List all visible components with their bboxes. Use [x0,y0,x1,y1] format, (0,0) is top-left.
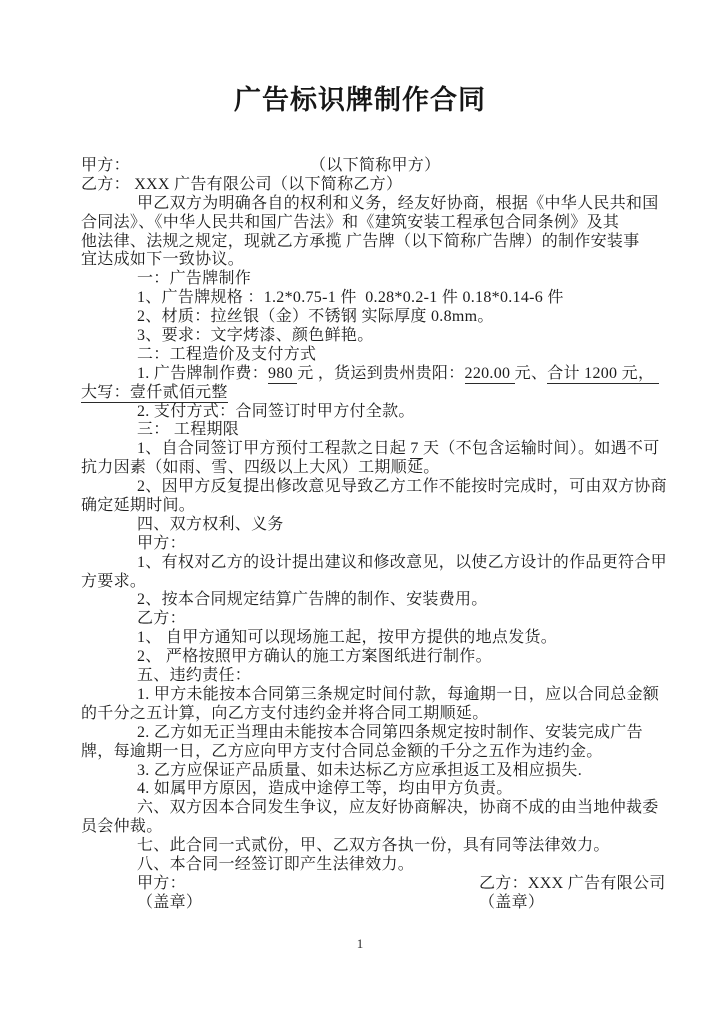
text-run: 合同法》、《中华人民共和国广告法》和《建筑安装工程承包合同条例》及其 [81,214,619,231]
text-line: 3、要求：文字烤漆、颜色鲜艳。 [81,327,640,346]
text-line: 1、广告牌规格 ：1.2*0.75-1 件 0.28*0.2-1 件 0.18*… [81,289,640,308]
text-run: 二：工程造价及支付方式 [137,346,316,363]
text-run: 2、 严格按照甲方确认的施工方案图纸进行制作。 [137,648,492,665]
text-line: 2. 乙方如无正当理由未能按本合同第四条规定按时制作、安装完成广告 [81,724,640,743]
text-line: （盖章）（盖章） [81,894,640,913]
text-line: 甲方：（以下简称甲方） [81,157,640,176]
text-line: 五、违约责任： [81,667,640,686]
text-run: 4. 如属甲方原因，造成中途停工等，均由甲方负责。 [137,780,513,797]
text-line: 二：工程造价及支付方式 [81,346,640,365]
text-line: 大写：壹仟贰佰元整 [81,384,640,403]
text-line: 他法律、法规之规定，现就乙方承揽 广告牌（以下简称广告牌）的制作安装事 [81,233,640,252]
text-line: 乙方： XXX 广告有限公司（以下简称乙方） [81,176,640,195]
text-run: 2、因甲方反复提出修改意见导致乙方工作不能按时完成时，可由双方协商 [137,478,667,495]
text-run: 四、双方权利、义务 [137,516,284,533]
text-line: 1、有权对乙方的设计提出建议和修改意见，以使乙方设计的作品更符合甲 [81,554,640,573]
text-run: 三： 工程期限 [137,421,239,438]
text-run: 1、自合同签订甲方预付工程款之日起 [137,440,410,457]
text-line: 1. 甲方未能按本合同第三条规定时间付款，每逾期一日，应以合同总金额 [81,686,640,705]
text-line: 确定延期时间。 [81,497,640,516]
text-run: 方要求。 [81,573,146,590]
text-run: 1. 广告牌制作费： [137,365,268,382]
text-line: 七、此合同一式贰份，甲、乙双方各执一份，具有同等法律效力。 [81,837,640,856]
text-run: 2. 支付方式：合同签订时甲方付全款。 [137,403,415,420]
text-line: 方要求。 [81,573,640,592]
text-line: 六、双方因本合同发生争议，应友好协商解决，协商不成的由当地仲裁委 [81,799,640,818]
text-run: 乙方：XXX 广告有限公司 [423,875,666,894]
text-run: 大写：壹仟贰佰元整 [81,384,228,403]
text-run: （以下简称甲方） [310,157,440,176]
text-line: 2、材质：拉丝银（金）不锈钢 实际厚度 0.8mm。 [81,308,640,327]
text-run: 五、违约责任： [137,667,251,684]
text-run: 乙方： [137,610,186,627]
text-run: 甲方： [137,875,186,892]
text-line: 三： 工程期限 [81,421,640,440]
page-title: 广告标识牌制作合同 [0,0,720,116]
text-run: 2、按本合同规定结算广告牌的制作、安装费用。 [137,591,488,608]
text-line: 甲乙双方为明确各自的权利和义务，经友好协商，根据《中华人民共和国 [81,195,640,214]
text-line: 2、 严格按照甲方确认的施工方案图纸进行制作。 [81,648,640,667]
text-run: 1、广告牌规格 ：1.2*0.75-1 件 0.28*0.2-1 件 0.18*… [137,289,564,306]
text-run: 乙方： XXX 广告有限公司（以下简称乙方） [81,176,402,193]
text-run: 合计 1200 元， [547,365,658,384]
text-run: 他法律、法规之规定，现就乙方承揽 广告牌（以下简称广告牌）的制作安装事 [81,233,640,250]
text-line: 员会仲裁。 [81,818,640,837]
text-run: 宜达成如下一致协议。 [81,251,244,268]
text-run: 甲乙双方为明确各自的权利和义务，经友好协商，根据《中华人民共和国 [137,195,659,212]
text-run: 1. 甲方未能按本合同第三条规定时间付款，每逾期一日，应以合同总金额 [137,686,659,703]
text-run: 天（不包含运输时间）。如遇不可 [423,440,660,457]
text-run: 3、要求：文字烤漆、颜色鲜艳。 [137,327,374,344]
text-line: 四、双方权利、义务 [81,516,640,535]
text-run: 牌，每逾期一日，乙方应向甲方支付合同总金额的千分之五作为违约金。 [81,743,603,760]
text-run: 7 [410,440,423,459]
text-run: 1、有权对乙方的设计提出建议和修改意见，以使乙方设计的作品更符合甲 [137,554,667,571]
text-run: 1、 自甲方通知可以现场施工起，按甲方提供的地点发货。 [137,629,557,646]
text-line: 2、按本合同规定结算广告牌的制作、安装费用。 [81,591,640,610]
text-run: 确定延期时间。 [81,497,195,514]
text-run: 抗力因素（如雨、雪、四级以上大风）工期顺延。 [81,459,440,476]
text-line: 4. 如属甲方原因，造成中途停工等，均由甲方负责。 [81,780,640,799]
text-run: （盖章） [137,894,202,911]
text-line: 2. 支付方式：合同签订时甲方付全款。 [81,403,640,422]
text-line: 1、自合同签订甲方预付工程款之日起 7 天（不包含运输时间）。如遇不可 [81,440,640,459]
text-run: 3. 乙方应保证产品质量、如未达标乙方应承担返工及相应损失. [137,762,582,779]
text-line: 牌，每逾期一日，乙方应向甲方支付合同总金额的千分之五作为违约金。 [81,743,640,762]
text-run: 元、 [515,365,548,382]
text-line: 1、 自甲方通知可以现场施工起，按甲方提供的地点发货。 [81,629,640,648]
text-line: 合同法》、《中华人民共和国广告法》和《建筑安装工程承包合同条例》及其 [81,214,640,233]
text-run: 一：广告牌制作 [137,270,251,287]
text-line: 抗力因素（如雨、雪、四级以上大风）工期顺延。 [81,459,640,478]
page-number: 1 [0,936,720,952]
text-run: 2. 乙方如无正当理由未能按本合同第四条规定按时制作、安装完成广告 [137,724,643,741]
text-run: 元 ，货运到贵州贵阳： [297,365,464,382]
text-line: 乙方： [81,610,640,629]
text-line: 2、因甲方反复提出修改意见导致乙方工作不能按时完成时，可由双方协商 [81,478,640,497]
text-line: 1. 广告牌制作费：980 元 ，货运到贵州贵阳：220.00 元、合计 120… [81,365,640,384]
text-run: 甲方： [137,535,186,552]
text-run: 八、本合同一经签订即产生法律效力。 [137,856,414,873]
text-run: 2、材质：拉丝银（金）不锈钢 实际厚度 0.8mm。 [137,308,494,325]
text-line: 的千分之五计算，向乙方支付违约金并将合同工期顺延。 [81,705,640,724]
text-run: 980 [268,365,297,384]
text-line: 3. 乙方应保证产品质量、如未达标乙方应承担返工及相应损失. [81,762,640,781]
text-run: 的千分之五计算，向乙方支付违约金并将合同工期顺延。 [81,705,489,722]
text-line: 甲方：乙方：XXX 广告有限公司 [81,875,640,894]
text-run: 七、此合同一式贰份，甲、乙双方各执一份，具有同等法律效力。 [137,837,610,854]
text-run: （盖章） [423,894,544,913]
text-line: 八、本合同一经签订即产生法律效力。 [81,856,640,875]
contract-body: 甲方：（以下简称甲方）乙方： XXX 广告有限公司（以下简称乙方）甲乙双方为明确… [81,157,640,913]
text-run: 员会仲裁。 [81,818,163,835]
text-line: 一：广告牌制作 [81,270,640,289]
text-run: 220.00 [465,365,515,384]
text-run: 六、双方因本合同发生争议，应友好协商解决，协商不成的由当地仲裁委 [137,799,659,816]
text-line: 宜达成如下一致协议。 [81,251,640,270]
text-run: 甲方： [81,157,130,174]
text-line: 甲方： [81,535,640,554]
contract-page: 广告标识牌制作合同 甲方：（以下简称甲方）乙方： XXX 广告有限公司（以下简称… [0,0,720,1019]
